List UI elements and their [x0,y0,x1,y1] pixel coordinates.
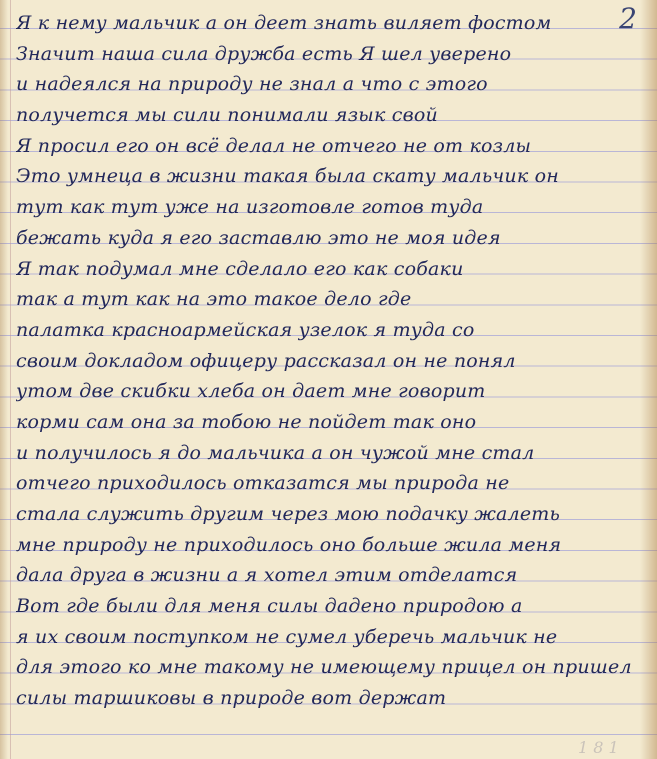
text-line: утом две скибки хлеба он дает мне говори… [16,374,636,405]
text-line: получется мы сили понимали язык свой [16,98,636,129]
text-line: для этого ко мне такому не имеющему приц… [16,650,636,681]
text-line: бежать куда я его заставлю это не моя ид… [16,221,636,252]
page-margin-line [10,0,11,759]
text-line: корми сам она за тобою не пойдет так оно [16,405,636,436]
text-line: я их своим поступком не сумел уберечь ма… [16,620,636,651]
text-line: силы таршиковы в природе вот держат [16,681,636,712]
handwritten-text-block: Я к нему мальчик а он деет знать виляет … [16,6,636,712]
text-line: Вот где были для меня силы дадено природ… [16,589,636,620]
text-line: своим докладом офицеру рассказал он не п… [16,344,636,375]
text-line: отчего приходилось отказатся мы природа … [16,466,636,497]
text-line: Значит наша сила дружба есть Я шел увере… [16,37,636,68]
text-line: Я так подумал мне сделало его как собаки [16,252,636,283]
text-line: и надеялся на природу не знал а что с эт… [16,67,636,98]
faint-bleedthrough-marking: 1 8 1 [578,738,619,757]
text-line: Я просил его он всё делал не отчего не о… [16,129,636,160]
text-line: стала служить другим через мою подачку ж… [16,497,636,528]
text-line: тут как тут уже на изготовле готов туда [16,190,636,221]
text-line: и получилось я до мальчика а он чужой мн… [16,436,636,467]
text-line: дала друга в жизни а я хотел этим отдела… [16,558,636,589]
text-line: палатка красноармейская узелок я туда со [16,313,636,344]
text-line: так а тут как на это такое дело где [16,282,636,313]
notebook-page: 2 Я к нему мальчик а он деет знать виляе… [0,0,657,759]
text-line: Это умнеца в жизни такая была скату маль… [16,159,636,190]
text-line: Я к нему мальчик а он деет знать виляет … [16,6,636,37]
text-line: мне природу не приходилось оно больше жи… [16,528,636,559]
